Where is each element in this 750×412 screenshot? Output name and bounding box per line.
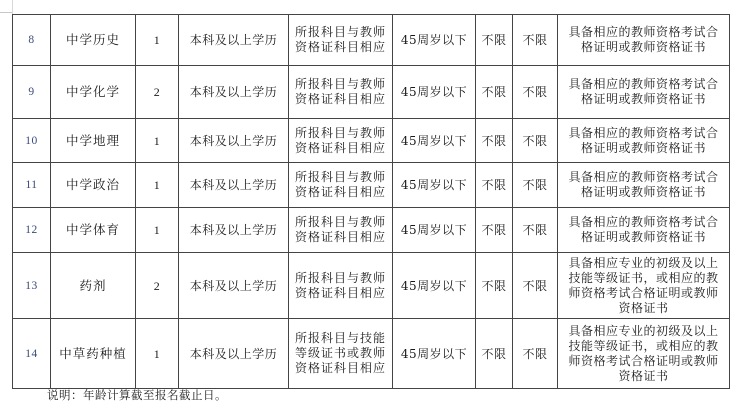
major-requirement: 所报科目与教师资格证科目相应 [289,15,393,66]
qualification-requirement: 具备相应的教师资格考试合格证明或教师资格证书 [558,163,730,208]
qualification-requirement: 具备相应的教师资格考试合格证明或教师资格证书 [558,119,730,163]
qualification-requirement: 具备相应的教师资格考试合格证明或教师资格证书 [558,66,730,119]
major-requirement: 所报科目与教师资格证科目相应 [289,66,393,119]
position-name: 中学化学 [51,66,136,119]
age-requirement: 45周岁以下 [393,253,476,319]
education-requirement: 本科及以上学历 [179,319,289,389]
position-name: 药剂 [51,253,136,319]
requirement-unlimited-2: 不限 [513,119,558,163]
education-requirement: 本科及以上学历 [179,119,289,163]
qualification-requirement: 具备相应专业的初级及以上技能等级证书，或相应的教师资格考试合格证明或教师资格证书 [558,253,730,319]
age-requirement: 45周岁以下 [393,319,476,389]
requirement-unlimited-1: 不限 [476,66,513,119]
requirement-unlimited-2: 不限 [513,163,558,208]
age-requirement: 45周岁以下 [393,163,476,208]
major-requirement: 所报科目与教师资格证科目相应 [289,253,393,319]
requirement-unlimited-1: 不限 [476,15,513,66]
hiring-count: 1 [136,119,179,163]
requirement-unlimited-2: 不限 [513,66,558,119]
page-edge-line [0,12,12,13]
table-row: 10 中学地理 1 本科及以上学历 所报科目与教师资格证科目相应 45周岁以下 … [13,119,730,163]
row-number: 14 [13,319,51,389]
table-row: 9 中学化学 2 本科及以上学历 所报科目与教师资格证科目相应 45周岁以下 不… [13,66,730,119]
age-requirement: 45周岁以下 [393,208,476,253]
hiring-count: 1 [136,208,179,253]
position-name: 中学地理 [51,119,136,163]
table-row: 13 药剂 2 本科及以上学历 所报科目与教师资格证科目相应 45周岁以下 不限… [13,253,730,319]
row-number: 12 [13,208,51,253]
age-requirement: 45周岁以下 [393,15,476,66]
qualification-requirement: 具备相应专业的初级及以上技能等级证书，或相应的教师资格考试合格证明或教师资格证书 [558,319,730,389]
row-number: 10 [13,119,51,163]
position-name: 中学体育 [51,208,136,253]
table-row: 14 中草药种植 1 本科及以上学历 所报科目与技能等级证书或教师资格证科目相应… [13,319,730,389]
row-number: 8 [13,15,51,66]
major-requirement: 所报科目与技能等级证书或教师资格证科目相应 [289,319,393,389]
education-requirement: 本科及以上学历 [179,15,289,66]
requirement-unlimited-2: 不限 [513,208,558,253]
footnote-note: 说明：年龄计算截至报名截止日。 [47,387,227,403]
requirement-unlimited-1: 不限 [476,208,513,253]
education-requirement: 本科及以上学历 [179,66,289,119]
row-number: 9 [13,66,51,119]
requirement-unlimited-2: 不限 [513,319,558,389]
major-requirement: 所报科目与教师资格证科目相应 [289,163,393,208]
age-requirement: 45周岁以下 [393,119,476,163]
row-number: 13 [13,253,51,319]
hiring-count: 1 [136,15,179,66]
position-name: 中学政治 [51,163,136,208]
education-requirement: 本科及以上学历 [179,208,289,253]
requirement-unlimited-1: 不限 [476,253,513,319]
requirement-unlimited-2: 不限 [513,15,558,66]
qualification-requirement: 具备相应的教师资格考试合格证明或教师资格证书 [558,208,730,253]
recruitment-positions-table: 8 中学历史 1 本科及以上学历 所报科目与教师资格证科目相应 45周岁以下 不… [12,14,730,389]
age-requirement: 45周岁以下 [393,66,476,119]
hiring-count: 1 [136,319,179,389]
qualification-requirement: 具备相应的教师资格考试合格证明或教师资格证书 [558,15,730,66]
hiring-count: 1 [136,163,179,208]
position-name: 中草药种植 [51,319,136,389]
table-row: 11 中学政治 1 本科及以上学历 所报科目与教师资格证科目相应 45周岁以下 … [13,163,730,208]
page-edge-line-vertical [12,0,13,14]
position-name: 中学历史 [51,15,136,66]
hiring-count: 2 [136,253,179,319]
table-row: 8 中学历史 1 本科及以上学历 所报科目与教师资格证科目相应 45周岁以下 不… [13,15,730,66]
hiring-count: 2 [136,66,179,119]
major-requirement: 所报科目与教师资格证科目相应 [289,119,393,163]
table-row: 12 中学体育 1 本科及以上学历 所报科目与教师资格证科目相应 45周岁以下 … [13,208,730,253]
major-requirement: 所报科目与教师资格证科目相应 [289,208,393,253]
education-requirement: 本科及以上学历 [179,253,289,319]
requirement-unlimited-1: 不限 [476,319,513,389]
education-requirement: 本科及以上学历 [179,163,289,208]
requirement-unlimited-1: 不限 [476,163,513,208]
row-number: 11 [13,163,51,208]
requirement-unlimited-1: 不限 [476,119,513,163]
requirement-unlimited-2: 不限 [513,253,558,319]
